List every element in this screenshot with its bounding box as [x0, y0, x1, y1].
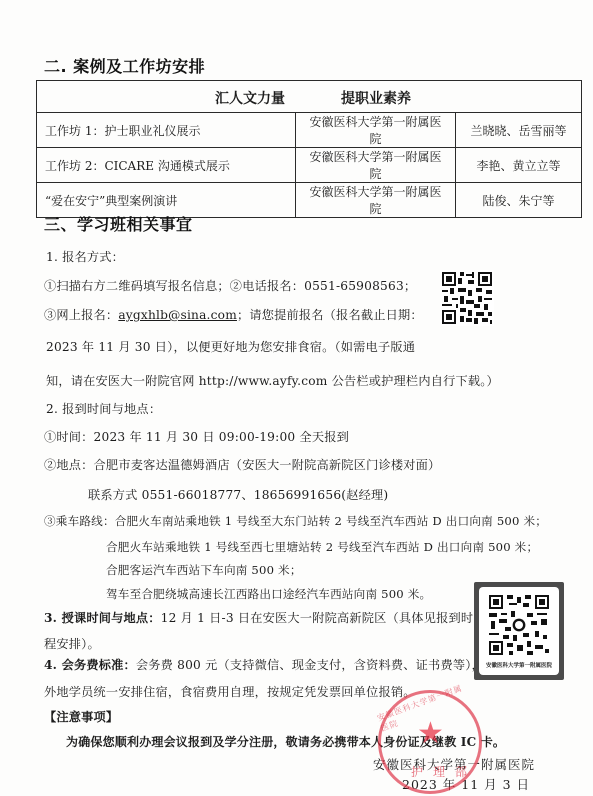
- table-header-left: 汇人文力量: [215, 88, 285, 108]
- lecture-line-1: 3. 授课时间与地点：12 月 1 日-3 日在安医大一附院高新院区（具体见报到…: [44, 609, 486, 626]
- route-line-1: ③乘车路线：合肥火车南站乘地铁 1 号线至大东门站转 2 号线至汽车西站 D 出…: [44, 513, 547, 529]
- fee-text: 会务费 800 元（支持微信、现金支付，含资料费、证书费等），: [136, 658, 484, 672]
- fee-line-1: 4. 会务费标准：会务费 800 元（支持微信、现金支付，含资料费、证书费等），: [44, 656, 484, 673]
- lecture-line-2: 程安排）。: [44, 635, 100, 652]
- table-row: 工作坊 1：护士职业礼仪展示 安徽医科大学第一附属医院 兰晓晓、岳雪丽等: [37, 113, 582, 148]
- fee-line-2: 外地学员统一安排住宿，食宿费用自理，按规定凭发票回单位报销。: [44, 683, 416, 700]
- checkin-contact: 联系方式 0551-66018777、18656991656(赵经理): [88, 486, 388, 503]
- hospital-qr-code-icon: [487, 593, 551, 657]
- workshop-people: 陆俊、朱宁等: [456, 183, 582, 218]
- checkin-time: ①时间：2023 年 11 月 30 日 09:00-19:00 全天报到: [44, 428, 349, 445]
- registration-line-4: 知，请在安医大一附院官网 http://www.ayfy.com 公告栏或护理栏…: [46, 372, 499, 389]
- table-header-row: 汇人文力量 提职业素养: [37, 81, 582, 113]
- workshop-table: 汇人文力量 提职业素养 工作坊 1：护士职业礼仪展示 安徽医科大学第一附属医院 …: [36, 80, 582, 218]
- signature-date: 2023 年 11 月 3 日: [402, 775, 530, 793]
- registration-email-link[interactable]: aygxhlb@sina.com: [118, 308, 237, 322]
- online-registration-label: ③网上报名：: [44, 308, 118, 322]
- checkin-place: ②地点：合肥市麦客达温德姆酒店（安医大一附院高新院区门诊楼对面）: [44, 456, 440, 473]
- signature-org: 安徽医科大学第一附属医院: [373, 755, 535, 773]
- table-header-right: 提职业素养: [341, 88, 411, 108]
- checkin-heading: 2. 报到时间与地点：: [46, 400, 161, 417]
- registration-deadline-text: ；请您提前报名（报名截止日期：: [237, 308, 423, 322]
- registration-line-2: ③网上报名：aygxhlb@sina.com；请您提前报名（报名截止日期：: [44, 306, 423, 323]
- registration-line-1: ①扫描右方二维码填写报名信息；②电话报名：0551-65908563；: [44, 277, 416, 294]
- registration-heading: 1. 报名方式：: [46, 248, 124, 265]
- table-header: 汇人文力量 提职业素养: [37, 81, 582, 113]
- table-row: 工作坊 2：CICARE 沟通模式展示 安徽医科大学第一附属医院 李艳、黄立立等: [37, 148, 582, 183]
- route-line-4: 驾车至合肥绕城高速长江西路出口途经汽车西站向南 500 米。: [106, 586, 431, 602]
- workshop-org: 安徽医科大学第一附属医院: [296, 113, 456, 148]
- hospital-qr-card[interactable]: 安徽医科大学第一附属医院: [474, 582, 564, 680]
- route-line-3: 合肥客运汽车西站下车向南 500 米；: [106, 562, 302, 578]
- notes-text: 为确保您顺利办理会议报到及学分注册，敬请务必携带本人身份证及继教 IC 卡。: [66, 733, 505, 750]
- workshop-topic: 工作坊 2：CICARE 沟通模式展示: [37, 148, 296, 183]
- section-3-title: 三、学习班相关事宜: [44, 212, 193, 235]
- hospital-qr-inner: 安徽医科大学第一附属医院: [479, 587, 559, 675]
- registration-line-3: 2023 年 11 月 30 日），以便更好地为您安排食宿。（如需电子版通: [46, 338, 415, 355]
- notes-heading: 【注意事项】: [44, 708, 118, 725]
- workshop-people: 李艳、黄立立等: [456, 148, 582, 183]
- hospital-qr-caption: 安徽医科大学第一附属医院: [479, 661, 559, 669]
- workshop-people: 兰晓晓、岳雪丽等: [456, 113, 582, 148]
- workshop-topic: 工作坊 1：护士职业礼仪展示: [37, 113, 296, 148]
- registration-qr-code-icon[interactable]: [440, 270, 494, 326]
- route-line-2: 合肥火车站乘地铁 1 号线至西七里塘站转 2 号线至汽车西站 D 出口向南 50…: [106, 539, 538, 555]
- section-2-title: 二. 案例及工作坊安排: [44, 54, 205, 77]
- lecture-text: 12 月 1 日-3 日在安医大一附院高新院区（具体见报到时日: [161, 611, 486, 625]
- workshop-org: 安徽医科大学第一附属医院: [296, 183, 456, 218]
- lecture-label: 3. 授课时间与地点：: [44, 611, 161, 625]
- workshop-org: 安徽医科大学第一附属医院: [296, 148, 456, 183]
- fee-label: 4. 会务费标准：: [44, 658, 136, 672]
